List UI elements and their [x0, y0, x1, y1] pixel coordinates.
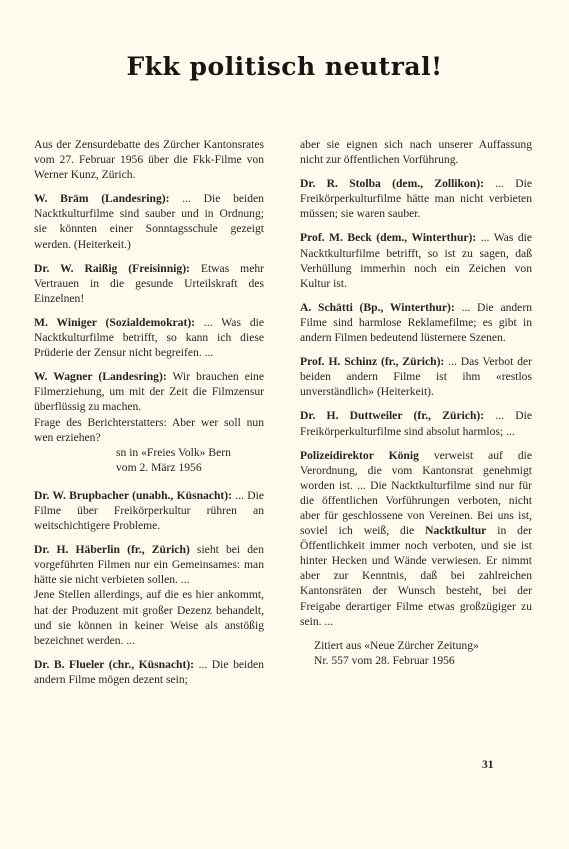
speaker-name: W. Wagner (Landesring): — [34, 370, 167, 383]
speaker-name: Polizeidirektor König — [300, 449, 419, 462]
continuation-paragraph: aber sie eignen sich nach unserer Auffas… — [300, 137, 532, 167]
speaker-name: M. Winiger (Sozialdemokrat): — [34, 316, 195, 329]
speaker-name: W. Bräm (Landesring): — [34, 192, 169, 205]
quote-entry: Dr. H. Häberlin (fr., Zürich) sieht bei … — [34, 542, 264, 587]
speaker-name: Dr. R. Stolba (dem., Zollikon): — [300, 177, 484, 190]
source-citation: sn in «Freies Volk» Bern vom 2. März 195… — [34, 445, 264, 475]
quote-entry: Dr. R. Stolba (dem., Zollikon): ... Die … — [300, 176, 532, 221]
speaker-name: Dr. H. Duttweiler (fr., Zürich): — [300, 409, 484, 422]
source-line: sn in «Freies Volk» Bern — [116, 445, 264, 460]
quote-entry: Dr. W. Raißig (Freisinnig): Etwas mehr V… — [34, 261, 264, 306]
quote-entry: Polizeidirektor König verweist auf die V… — [300, 448, 532, 629]
source-line: Zitiert aus «Neue Zürcher Zeitung» — [314, 638, 532, 653]
quote-entry: Dr. B. Flueler (chr., Küsnacht): ... Die… — [34, 657, 264, 687]
intro-paragraph: Aus der Zensurdebatte des Zürcher Kanton… — [34, 137, 264, 182]
speaker-name: Prof. M. Beck (dem., Winterthur): — [300, 231, 476, 244]
speaker-name: Prof. H. Schinz (fr., Zürich): — [300, 355, 444, 368]
quote-entry: W. Bräm (Landesring): ... Die beiden Nac… — [34, 191, 264, 251]
source-line: vom 2. März 1956 — [116, 460, 264, 475]
left-column: Aus der Zensurdebatte des Zürcher Kanton… — [34, 137, 264, 696]
right-column: aber sie eignen sich nach unserer Auffas… — [300, 137, 532, 681]
emphasis-text: Nacktkultur — [425, 524, 486, 537]
quote-entry: W. Wagner (Landesring): Wir brauchen ein… — [34, 369, 264, 414]
speaker-name: Dr. W. Brupbacher (unabh., Küsnacht): — [34, 489, 232, 502]
quote-entry: Prof. M. Beck (dem., Winterthur): ... Wa… — [300, 230, 532, 290]
speaker-name: Dr. H. Häberlin (fr., Zürich) — [34, 543, 190, 556]
page-number: 31 — [482, 758, 494, 771]
page-title: Fkk politisch neutral! — [0, 52, 569, 81]
source-citation: Zitiert aus «Neue Zürcher Zeitung» Nr. 5… — [300, 638, 532, 668]
quote-entry: Dr. H. Duttweiler (fr., Zürich): ... Die… — [300, 408, 532, 438]
quote-entry: Prof. H. Schinz (fr., Zürich): ... Das V… — [300, 354, 532, 399]
quote-entry: Dr. W. Brupbacher (unabh., Küsnacht): ..… — [34, 488, 264, 533]
quote-entry: A. Schätti (Bp., Winterthur): ... Die an… — [300, 300, 532, 345]
speaker-name: Dr. W. Raißig (Freisinnig): — [34, 262, 190, 275]
source-line: Nr. 557 vom 28. Februar 1956 — [314, 653, 532, 668]
speaker-name: A. Schätti (Bp., Winterthur): — [300, 301, 455, 314]
continuation-paragraph: Jene Stellen allerdings, auf die es hier… — [34, 587, 264, 647]
speaker-name: Dr. B. Flueler (chr., Küsnacht): — [34, 658, 194, 671]
quote-text: in der Öffentlichkeit immer noch verbote… — [300, 524, 532, 628]
reporter-question: Frage des Berichterstatters: Aber wer so… — [34, 415, 264, 445]
quote-entry: M. Winiger (Sozialdemokrat): ... Was die… — [34, 315, 264, 360]
